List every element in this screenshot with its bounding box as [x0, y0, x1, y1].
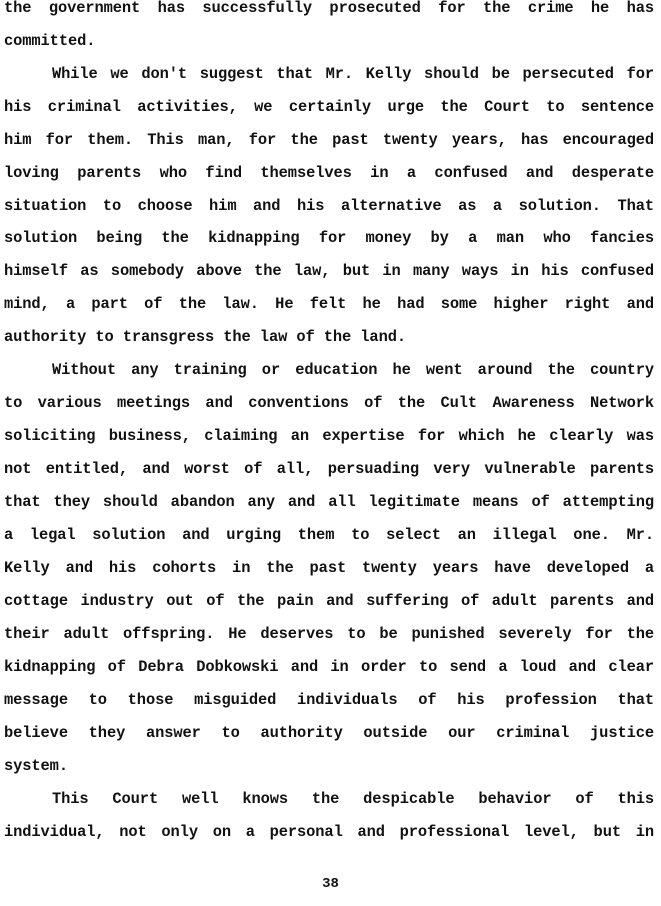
text-line: believe they answer to authority outside… [4, 725, 654, 758]
text-line: authority to transgress the law of the l… [4, 329, 654, 362]
text-line: situation to choose him and his alternat… [4, 198, 654, 231]
text-line: individual, not only on a personal and p… [4, 824, 654, 857]
document-page: the government has successfully prosecut… [0, 0, 661, 906]
page-number: 38 [0, 876, 661, 892]
text-line: Kelly and his cohorts in the past twenty… [4, 560, 654, 593]
text-line: that they should abandon any and all leg… [4, 494, 654, 527]
text-line: This Court well knows the despicable beh… [4, 791, 654, 824]
text-line: mind, a part of the law. He felt he had … [4, 296, 654, 329]
text-line: system. [4, 758, 654, 791]
text-line: While we don't suggest that Mr. Kelly sh… [4, 66, 654, 99]
text-line: himself as somebody above the law, but i… [4, 263, 654, 296]
text-line: cottage industry out of the pain and suf… [4, 593, 654, 626]
text-line: Without any training or education he wen… [4, 362, 654, 395]
text-line: to various meetings and conventions of t… [4, 395, 654, 428]
text-line: not entitled, and worst of all, persuadi… [4, 461, 654, 494]
text-line: a legal solution and urging them to sele… [4, 527, 654, 560]
text-line: their adult offspring. He deserves to be… [4, 626, 654, 659]
text-line: the government has successfully prosecut… [4, 0, 654, 33]
text-line: message to those misguided individuals o… [4, 692, 654, 725]
text-line: loving parents who find themselves in a … [4, 165, 654, 198]
text-line: committed. [4, 33, 654, 66]
text-line: kidnapping of Debra Dobkowski and in ord… [4, 659, 654, 692]
text-line: solution being the kidnapping for money … [4, 230, 654, 263]
text-line: him for them. This man, for the past twe… [4, 132, 654, 165]
text-line: soliciting business, claiming an experti… [4, 428, 654, 461]
text-line: his criminal activities, we certainly ur… [4, 99, 654, 132]
